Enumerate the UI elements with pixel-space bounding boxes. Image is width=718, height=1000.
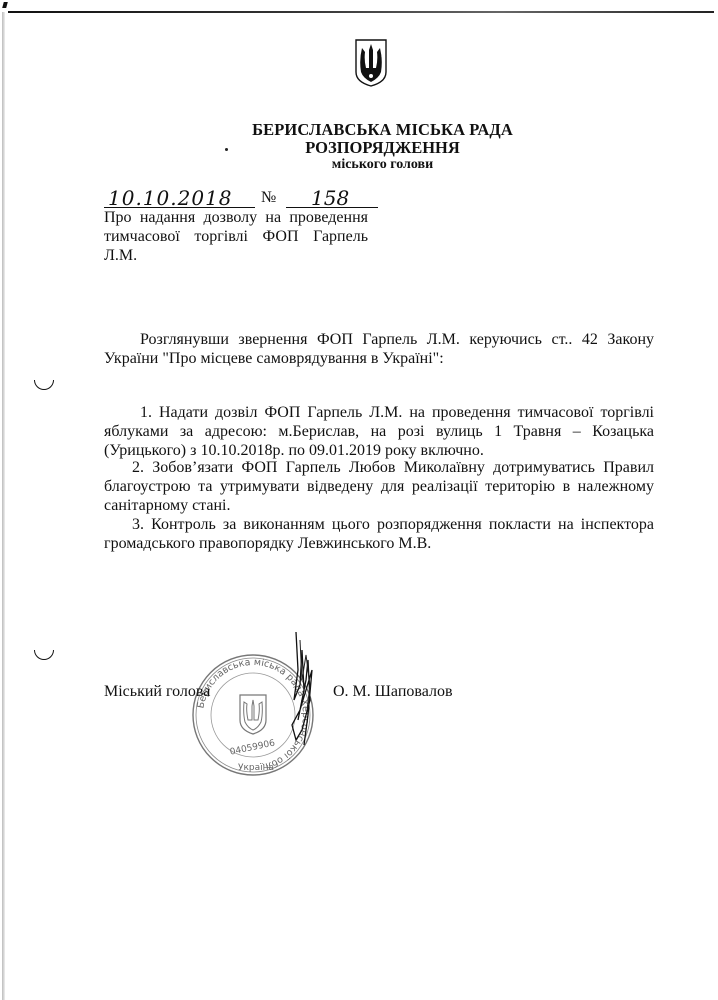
item-line: 3. Контроль за виконанням цього розпоряд… <box>104 515 654 534</box>
document-type-title: РОЗПОРЯДЖЕННЯ <box>95 138 670 158</box>
signatory-name: О. М. Шаповалов <box>333 683 453 701</box>
preamble-line: України "Про місцеве самоврядування в Ук… <box>104 349 654 368</box>
document-subject: Про надання дозволу на проведення тимчас… <box>104 208 368 265</box>
signatory-position: Міський голова <box>104 683 210 701</box>
item-line: 1. Надати дозвіл ФОП Гарпель Л.М. на про… <box>104 403 654 422</box>
subject-line: тимчасової торгівлі ФОП Гарпель <box>104 227 368 246</box>
preamble-paragraph: Розглянувши звернення ФОП Гарпель Л.М. к… <box>104 330 654 368</box>
svg-text:04059906: 04059906 <box>229 738 276 757</box>
coat-of-arms-icon <box>354 38 388 88</box>
scan-top-rule <box>8 11 714 13</box>
binder-hole-mark <box>34 380 54 390</box>
item-line: 2. Зобов’язати ФОП Гарпель Любов Миколаї… <box>104 458 654 477</box>
scan-corner-mark <box>2 2 8 8</box>
item-2: 2. Зобов’язати ФОП Гарпель Любов Миколаї… <box>104 458 654 515</box>
scan-left-edge <box>2 12 5 1000</box>
number-label: № <box>261 189 276 207</box>
preamble-line: Розглянувши звернення ФОП Гарпель Л.М. к… <box>104 330 654 349</box>
item-line: громадського правопорядку Левжинського М… <box>104 534 654 553</box>
subject-line: Л.М. <box>104 246 368 265</box>
item-3: 3. Контроль за виконанням цього розпоряд… <box>104 515 654 553</box>
subject-line: Про надання дозволу на проведення <box>104 208 368 227</box>
item-1: 1. Надати дозвіл ФОП Гарпель Л.М. на про… <box>104 403 654 460</box>
issuer-subtitle: міського голови <box>95 157 670 173</box>
binder-hole-mark <box>34 650 54 660</box>
item-line: благоустрою та утримувати відведену для … <box>104 477 654 496</box>
date-number-line: 10.10.2018 № 158 <box>104 186 376 210</box>
item-line: яблуками за адресою: м.Берислав, на розі… <box>104 422 654 441</box>
scan-speck <box>225 148 228 151</box>
svg-text:Україна: Україна <box>238 763 274 773</box>
item-line: санітарному стані. <box>104 496 654 515</box>
handwritten-number: 158 <box>311 186 349 210</box>
signature-scribble <box>280 630 330 750</box>
organization-title: БЕРИСЛАВСЬКА МІСЬКА РАДА <box>95 120 670 140</box>
